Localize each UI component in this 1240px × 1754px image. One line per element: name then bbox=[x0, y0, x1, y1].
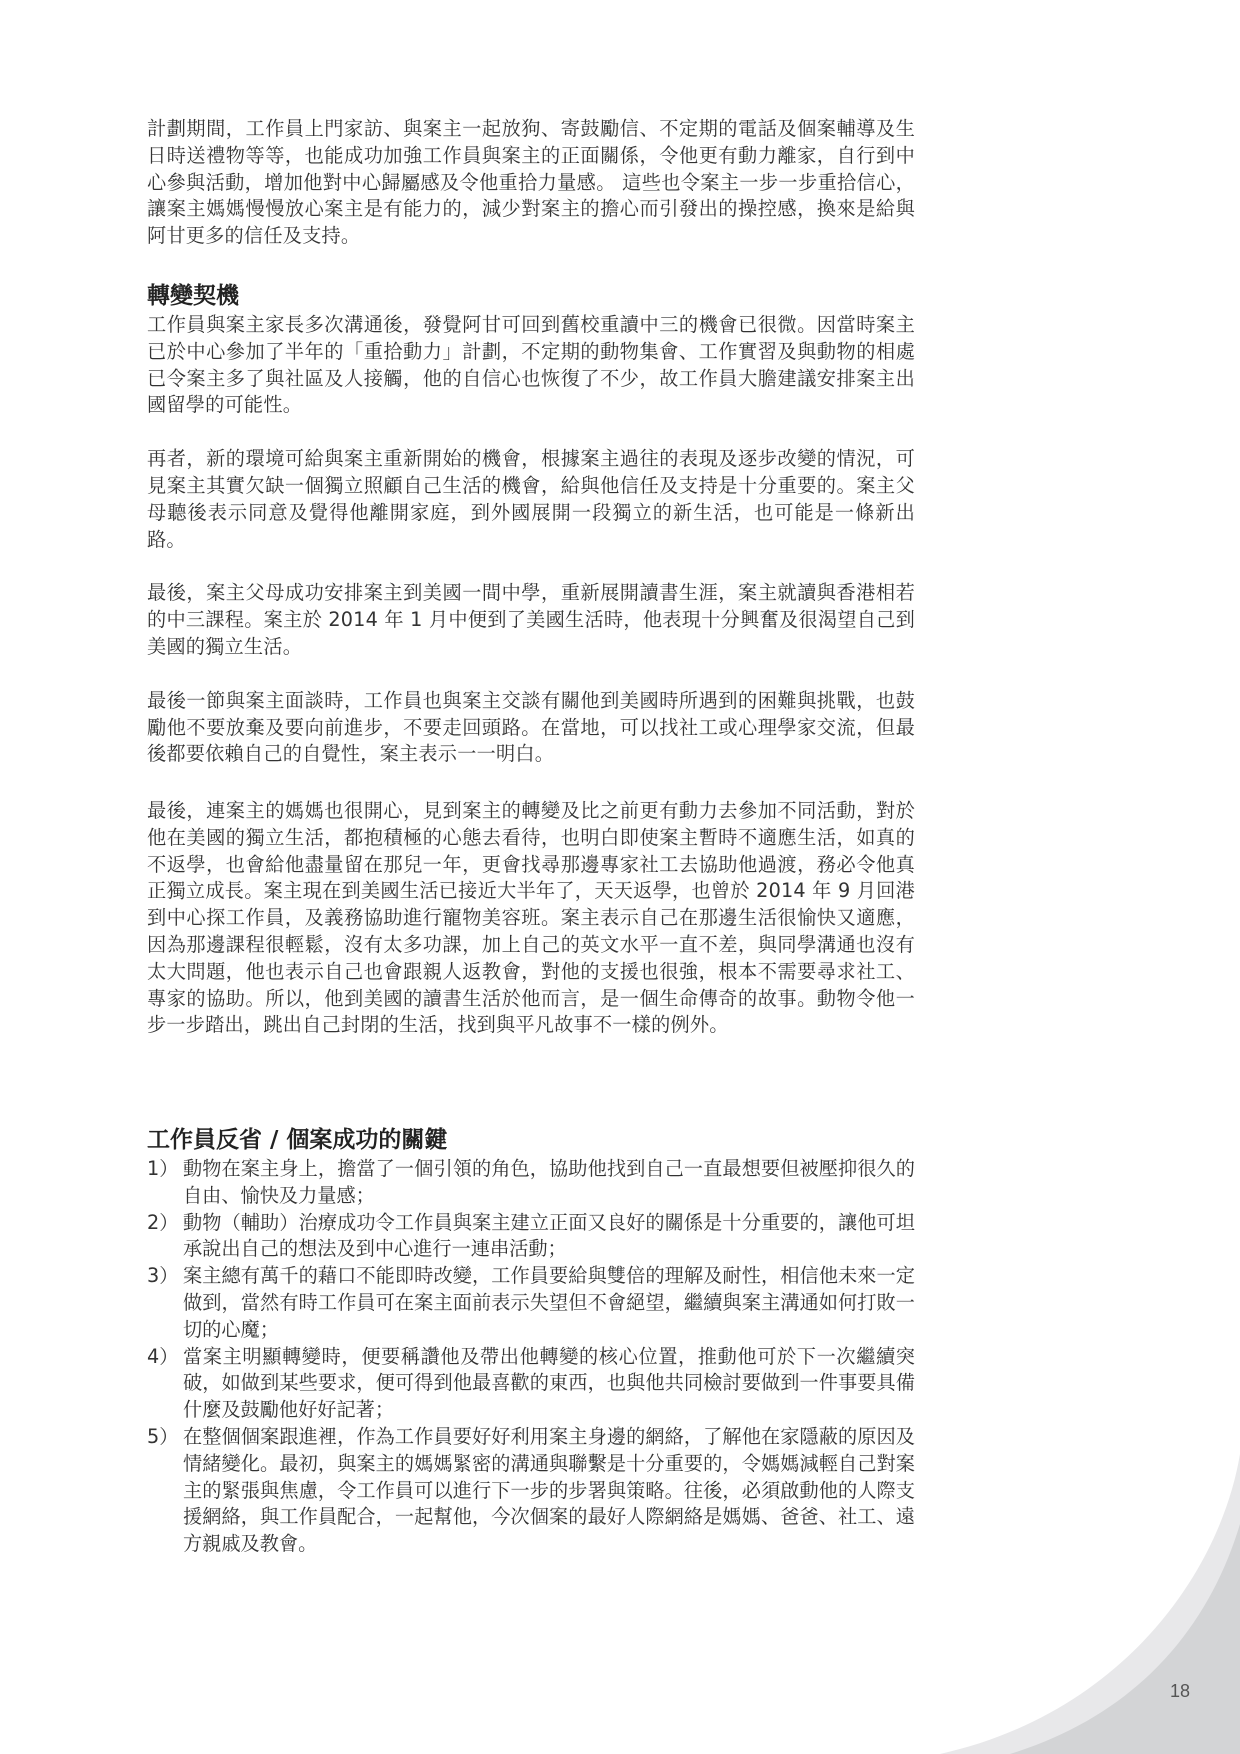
intro-paragraph: 計劃期間，工作員上門家訪、與案主一起放狗、寄鼓勵信、不定期的電話及個案輔導及生日… bbox=[147, 116, 915, 250]
list-item-number: 3） bbox=[147, 1263, 183, 1343]
list-item: 5） 在整個個案跟進裡，作為工作員要好好利用案主身邊的網絡，了解他在家隱蔽的原因… bbox=[147, 1424, 915, 1558]
paragraph: 最後一節與案主面談時，工作員也與案主交談有關他到美國時所遇到的困難與挑戰，也鼓勵… bbox=[147, 688, 915, 768]
decorative-corner-curve bbox=[820, 1454, 1240, 1754]
list-item-number: 5） bbox=[147, 1424, 183, 1558]
list-item: 3） 案主總有萬千的藉口不能即時改變，工作員要給與雙倍的理解及耐性，相信他未來一… bbox=[147, 1263, 915, 1343]
paragraph-spacer bbox=[147, 553, 915, 580]
list-item-number: 4） bbox=[147, 1344, 183, 1424]
list-item-number: 1） bbox=[147, 1156, 183, 1210]
paragraph: 最後，連案主的媽媽也很開心，見到案主的轉變及比之前更有動力去參加不同活動，對於他… bbox=[147, 798, 915, 1039]
list-item-text: 在整個個案跟進裡，作為工作員要好好利用案主身邊的網絡，了解他在家隱蔽的原因及情緒… bbox=[183, 1424, 915, 1558]
paragraph-spacer bbox=[147, 661, 915, 688]
list-item-text: 案主總有萬千的藉口不能即時改變，工作員要給與雙倍的理解及耐性，相信他未來一定做到… bbox=[183, 1263, 915, 1343]
paragraph: 工作員與案主家長多次溝通後，發覺阿甘可回到舊校重讀中三的機會已很微。因當時案主已… bbox=[147, 312, 915, 419]
list-item: 1） 動物在案主身上，擔當了一個引領的角色，協助他找到自己一直最想要但被壓抑很久… bbox=[147, 1156, 915, 1210]
paragraph: 再者，新的環境可給與案主重新開始的機會，根據案主過往的表現及逐步改變的情況，可見… bbox=[147, 446, 915, 553]
reflection-list: 1） 動物在案主身上，擔當了一個引領的角色，協助他找到自己一直最想要但被壓抑很久… bbox=[147, 1156, 915, 1558]
list-item: 2） 動物（輔助）治療成功令工作員與案主建立正面又良好的關係是十分重要的，讓他可… bbox=[147, 1210, 915, 1264]
list-item-number: 2） bbox=[147, 1210, 183, 1264]
list-item-text: 動物在案主身上，擔當了一個引領的角色，協助他找到自己一直最想要但被壓抑很久的自由… bbox=[183, 1156, 915, 1210]
page-number: 18 bbox=[1170, 1681, 1190, 1702]
document-page: 計劃期間，工作員上門家訪、與案主一起放狗、寄鼓勵信、不定期的電話及個案輔導及生日… bbox=[0, 0, 1240, 1754]
paragraph: 最後，案主父母成功安排案主到美國一間中學，重新展開讀書生涯，案主就讀與香港相若的… bbox=[147, 580, 915, 660]
section-heading-reflection: 工作員反省 / 個案成功的關鍵 bbox=[147, 1124, 447, 1156]
list-item: 4） 當案主明顯轉變時，便要稱讚他及帶出他轉變的核心位置，推動他可於下一次繼續突… bbox=[147, 1344, 915, 1424]
long-paragraph-block: 最後，連案主的媽媽也很開心，見到案主的轉變及比之前更有動力去參加不同活動，對於他… bbox=[147, 798, 915, 1039]
paragraph-spacer bbox=[147, 419, 915, 446]
main-content: 計劃期間，工作員上門家訪、與案主一起放狗、寄鼓勵信、不定期的電話及個案輔導及生日… bbox=[147, 116, 915, 768]
section-heading-turning-point: 轉變契機 bbox=[147, 280, 915, 312]
list-item-text: 當案主明顯轉變時，便要稱讚他及帶出他轉變的核心位置，推動他可於下一次繼續突破，如… bbox=[183, 1344, 915, 1424]
list-item-text: 動物（輔助）治療成功令工作員與案主建立正面又良好的關係是十分重要的，讓他可坦承說… bbox=[183, 1210, 915, 1264]
